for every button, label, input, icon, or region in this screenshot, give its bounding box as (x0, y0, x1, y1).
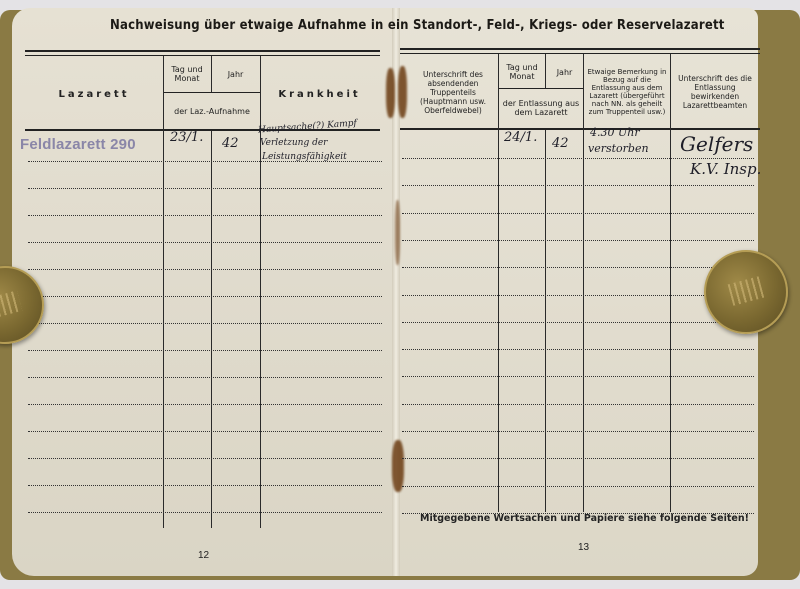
column-divider (545, 130, 546, 512)
beamter-signature: Gelfers (680, 132, 753, 156)
bemerkung-line-1: 4.30 Uhr (590, 126, 640, 139)
aufnahme-tag-monat: 23/1. (170, 130, 203, 145)
ruled-row (402, 267, 754, 268)
ruled-row (28, 269, 382, 270)
header-jahr-aufnahme: Jahr (213, 58, 258, 90)
header-der-laz-aufnahme: der Laz.-Aufnahme (165, 94, 259, 128)
ruled-row (28, 188, 382, 189)
header-lazarett: Lazarett (28, 60, 160, 128)
header-unterschrift-truppenteil: Unterschrift des absendenden Truppenteil… (410, 58, 496, 126)
subheader-divider (498, 88, 583, 89)
hospital-stamp: Feldlazarett 290 (20, 136, 136, 153)
subheader-divider (163, 92, 260, 93)
column-divider (498, 54, 499, 512)
ruled-row (28, 431, 382, 432)
header-top-rule (25, 55, 380, 56)
coin-weight-right (704, 250, 788, 334)
header-tag-monat-aufnahme: Tag und Monat (165, 58, 209, 90)
ruled-row (28, 350, 382, 351)
column-divider (670, 54, 671, 512)
header-krankheit: Krankheit (262, 60, 377, 128)
ruled-row (402, 431, 754, 432)
ruled-row (402, 240, 754, 241)
ruled-row (28, 458, 382, 459)
page-number-right: 13 (578, 542, 589, 553)
coin-gate-icon (0, 290, 22, 318)
krankheit-line-3: Leistungsfähigkeit (262, 152, 347, 162)
entlassung-jahr: 42 (552, 136, 569, 151)
ruled-row (402, 349, 754, 350)
ruled-row (28, 323, 382, 324)
header-unterschrift-beamten: Unterschrift des die Entlassung bewirken… (672, 58, 758, 126)
coin-gate-icon (728, 276, 765, 306)
column-divider (583, 54, 584, 512)
rust-stain (392, 440, 404, 492)
header-top-rule (25, 50, 380, 52)
entlassung-tag-monat: 24/1. (504, 130, 537, 145)
krankheit-line-2: Verletzung der (260, 138, 327, 148)
footer-note: Mitgegebene Wertsachen und Papiere siehe… (420, 513, 740, 524)
header-bemerkung: Etwaige Bemerkung in Bezug auf die Entla… (585, 55, 669, 128)
header-top-rule (400, 48, 760, 50)
header-bottom-rule (400, 128, 760, 130)
ruled-row (402, 458, 754, 459)
column-divider (211, 131, 212, 528)
ruled-row (402, 322, 754, 323)
header-tag-monat-entlassung: Tag und Monat (500, 56, 544, 88)
ruled-row (28, 242, 382, 243)
ruled-row (28, 512, 382, 513)
aufnahme-jahr: 42 (222, 136, 239, 151)
document-title: Nachweisung über etwaige Aufnahme in ein… (110, 18, 690, 33)
column-divider (545, 54, 546, 88)
header-jahr-entlassung: Jahr (547, 56, 582, 88)
ruled-row (28, 215, 382, 216)
rust-stain (398, 66, 407, 118)
ruled-row (28, 485, 382, 486)
column-divider (211, 56, 212, 92)
ruled-row (402, 295, 754, 296)
ruled-row (402, 185, 754, 186)
ruled-row (402, 404, 754, 405)
rust-stain (386, 68, 395, 118)
page-number-left: 12 (198, 550, 209, 561)
beamter-title: K.V. Insp. (690, 160, 761, 178)
bemerkung-line-2: verstorben (588, 142, 649, 155)
rust-stain (395, 200, 400, 265)
ruled-row (402, 376, 754, 377)
ruled-row (28, 296, 382, 297)
ruled-row (402, 213, 754, 214)
ruled-row (28, 377, 382, 378)
ruled-row (402, 486, 754, 487)
ruled-row (28, 404, 382, 405)
ruled-row (402, 158, 754, 159)
header-top-rule (400, 53, 760, 54)
header-der-entlassung: der Entlassung aus dem Lazarett (500, 90, 582, 126)
